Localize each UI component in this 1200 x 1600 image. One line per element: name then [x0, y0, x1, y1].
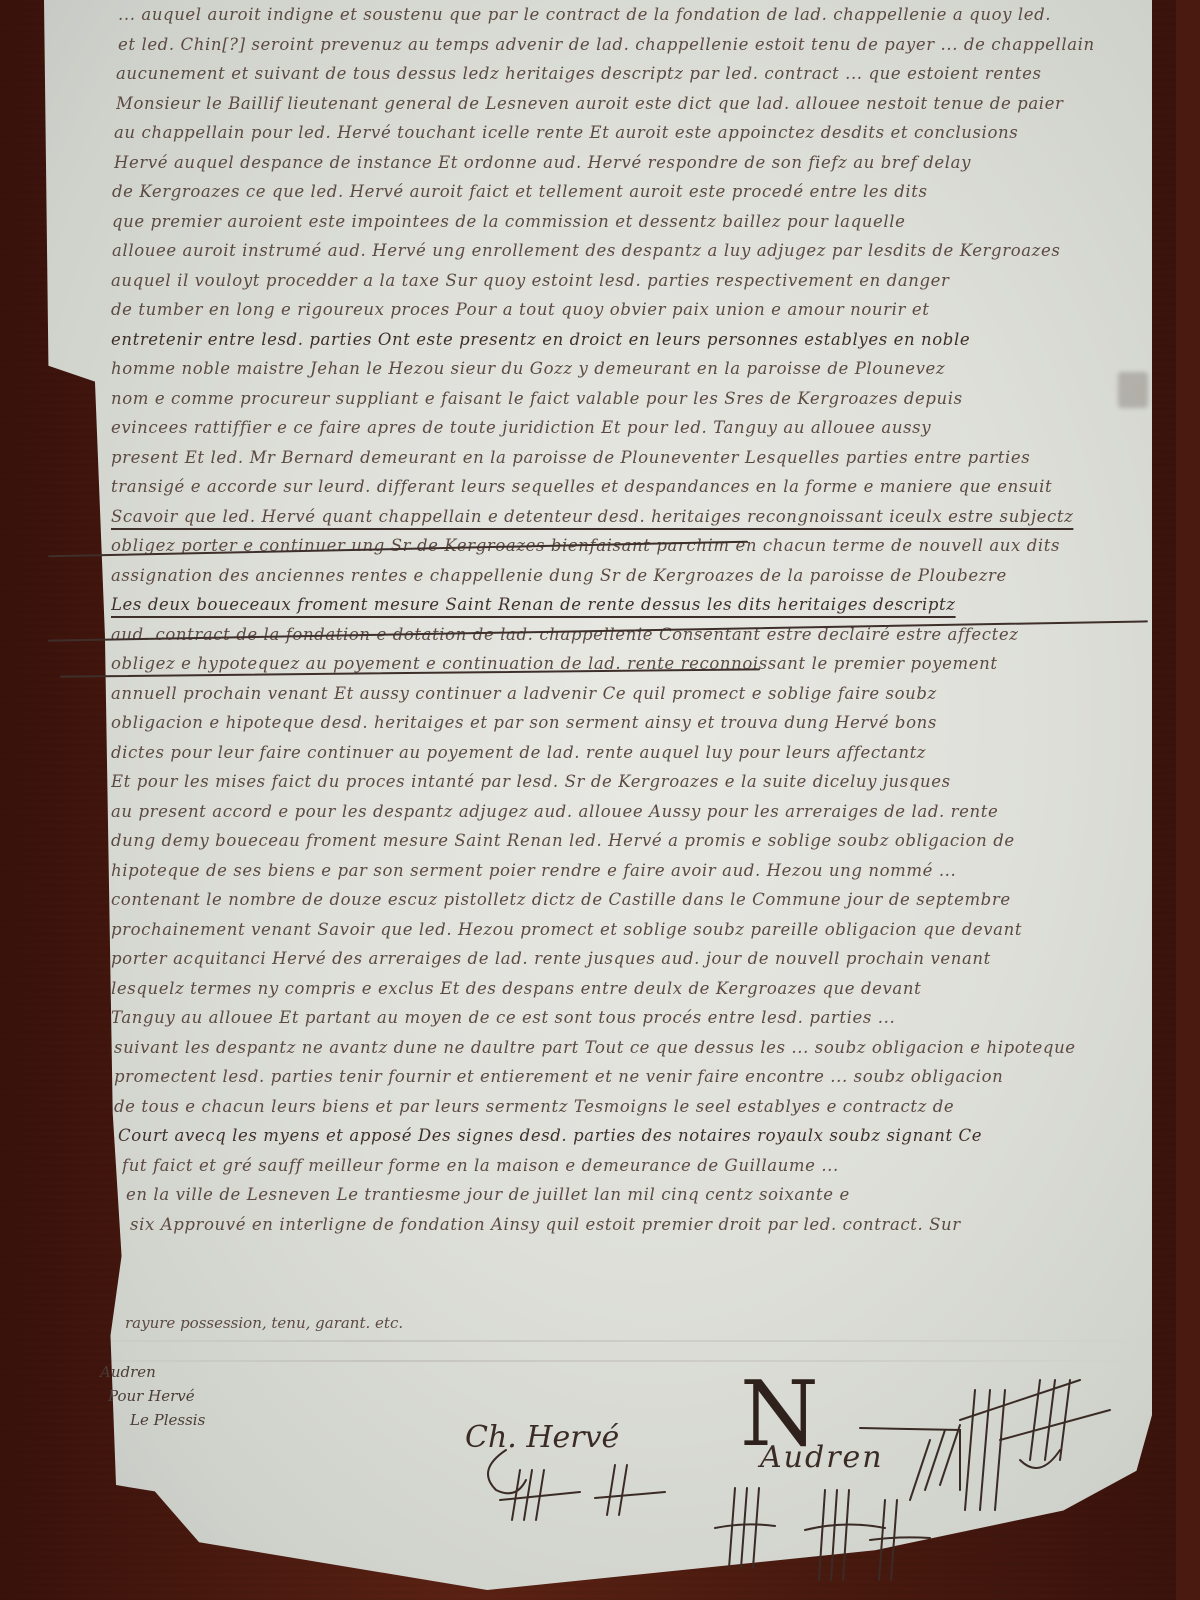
manuscript-line: lesquelz termes ny compris e exclus Et d…: [111, 974, 1106, 1004]
footnote-approval: rayure possession, tenu, garant. etc.: [125, 1312, 403, 1334]
manuscript-line: obligacion e hipoteque desd. heritaiges …: [111, 708, 1106, 738]
manuscript-line: Monsieur le Baillif lieutenant general d…: [116, 89, 1106, 119]
manuscript-line: homme noble maistre Jehan le Hezou sieur…: [111, 354, 1106, 384]
manuscript-line: fut faict et gré sauff meilleur forme en…: [122, 1151, 1106, 1181]
manuscript-line: de tous e chacun leurs biens et par leur…: [114, 1092, 1106, 1122]
manuscript-line: promectent lesd. parties tenir fournir e…: [114, 1062, 1106, 1092]
fold-crease: [44, 1360, 1152, 1362]
manuscript-line: Hervé auquel despance de instance Et ord…: [114, 148, 1106, 178]
manuscript-line: en la ville de Lesneven Le trantiesme jo…: [126, 1180, 1106, 1210]
photo-scene: ... auquel auroit indigne et soustenu qu…: [0, 0, 1176, 1600]
manuscript-line: dictes pour leur faire continuer au poye…: [111, 738, 1106, 768]
manuscript-line: allouee auroit instrumé aud. Hervé ung e…: [112, 236, 1106, 266]
manuscript-line: prochainement venant Savoir que led. Hez…: [111, 915, 1106, 945]
manuscript-line: hipoteque de ses biens e par son serment…: [111, 856, 1106, 886]
manuscript-line: annuell prochain venant Et aussy continu…: [111, 679, 1106, 709]
manuscript-line: porter acquitanci Hervé des arreraiges d…: [111, 944, 1106, 974]
manuscript-line: present Et led. Mr Bernard demeurant en …: [111, 443, 1106, 473]
ink-stain: [1118, 372, 1148, 408]
manuscript-line: transigé e accorde sur leurd. differant …: [111, 472, 1106, 502]
manuscript-line: contenant le nombre de douze escuz pisto…: [111, 885, 1106, 915]
manuscript-line: aucunement et suivant de tous dessus led…: [116, 59, 1106, 89]
manuscript-line: evincees rattiffier e ce faire apres de …: [111, 413, 1106, 443]
manuscript-line: de tumber en long e rigoureux proces Pou…: [111, 295, 1106, 325]
manuscript-line: Et pour les mises faict du proces intant…: [111, 767, 1106, 797]
manuscript-line: obligez porter e continuer ung Sr de Ker…: [111, 531, 1106, 561]
manuscript-line: suivant les despantz ne avantz dune ne d…: [114, 1033, 1106, 1063]
manuscript-body: ... auquel auroit indigne et soustenu qu…: [56, 0, 1106, 1239]
margin-note: Le Plessis: [130, 1408, 205, 1432]
manuscript-line-underlined: Les deux boueceaux froment mesure Saint …: [111, 590, 1106, 620]
margin-notes: Audren Pour Hervé Le Plessis: [100, 1360, 205, 1432]
signature-audren: Audren: [760, 1440, 884, 1475]
manuscript-line: au present accord e pour les despantz ad…: [111, 797, 1106, 827]
manuscript-line: et led. Chin[?] seroint prevenuz au temp…: [118, 30, 1106, 60]
manuscript-line-underlined: Scavoir que led. Hervé quant chappellain…: [111, 502, 1106, 532]
manuscript-line: Tanguy au allouee Et partant au moyen de…: [111, 1003, 1106, 1033]
margin-note: Audren: [100, 1360, 205, 1384]
manuscript-line: entretenir entre lesd. parties Ont este …: [111, 325, 1106, 355]
manuscript-line: de Kergroazes ce que led. Hervé auroit f…: [112, 177, 1106, 207]
manuscript-line: auquel il vouloyt procedder a la taxe Su…: [111, 266, 1106, 296]
margin-note: Pour Hervé: [108, 1384, 205, 1408]
manuscript-line: au chappellain pour led. Hervé touchant …: [114, 118, 1106, 148]
manuscript-line: Court avecq les myens et apposé Des sign…: [118, 1121, 1106, 1151]
manuscript-line: assignation des anciennes rentes e chapp…: [111, 561, 1106, 591]
manuscript-line: nom e comme procureur suppliant e faisan…: [111, 384, 1106, 414]
manuscript-line: dung demy boueceau froment mesure Saint …: [111, 826, 1106, 856]
fold-crease: [44, 1340, 1152, 1342]
signature-herve: Ch. Hervé: [465, 1420, 619, 1455]
manuscript-line: six Approuvé en interligne de fondation …: [130, 1210, 1106, 1240]
manuscript-line: que premier auroient este impointees de …: [112, 207, 1106, 237]
manuscript-line: ... auquel auroit indigne et soustenu qu…: [118, 0, 1106, 30]
